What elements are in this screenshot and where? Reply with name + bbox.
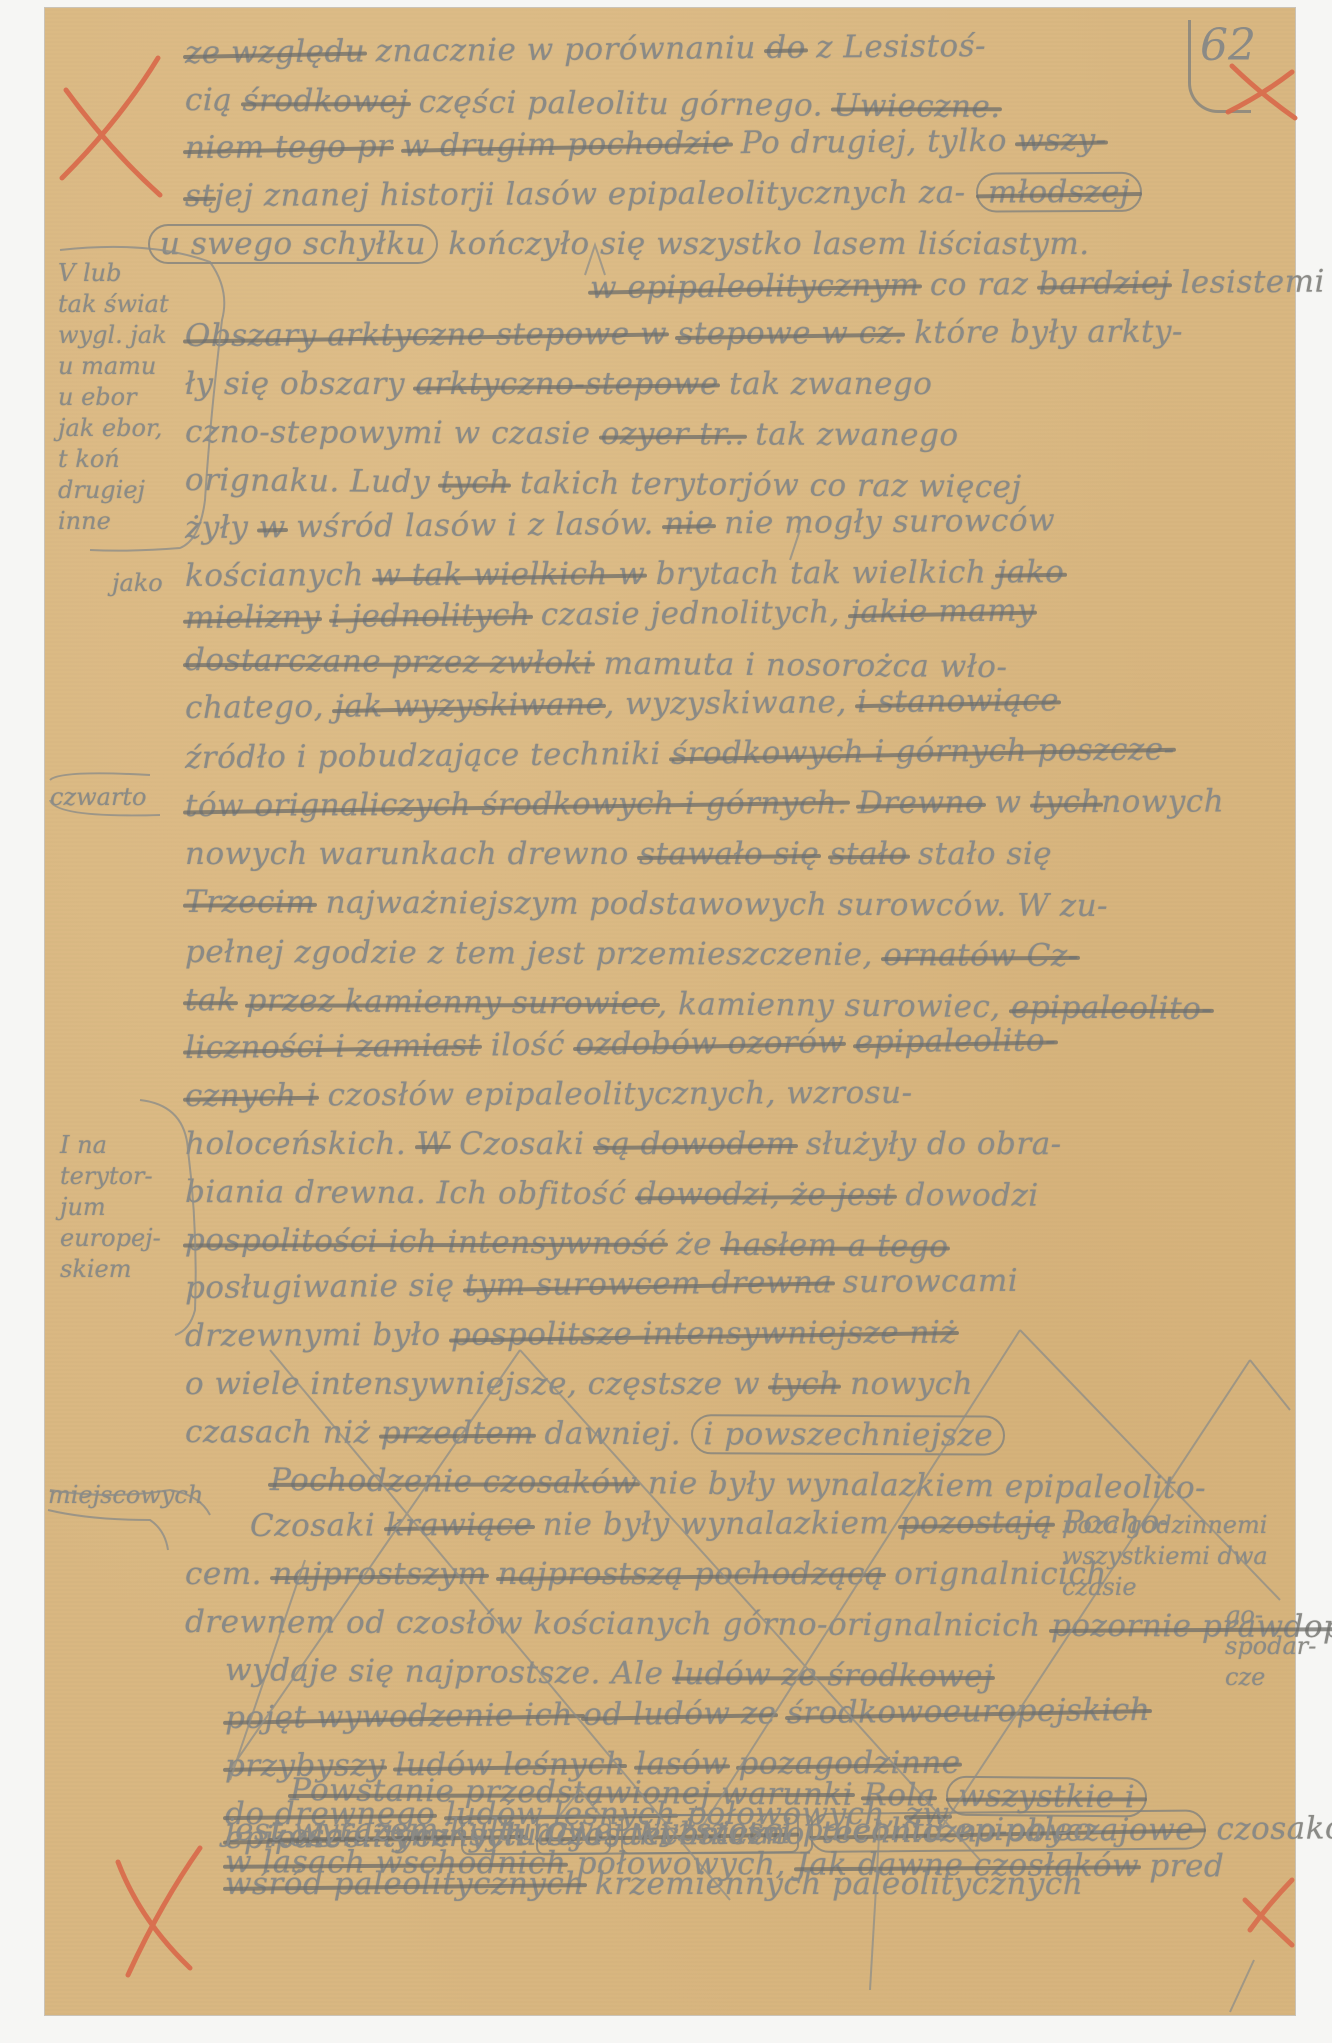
text-segment: lesistemi stawa- <box>1170 263 1332 301</box>
margin-note: I na terytor- jum europej- skiem <box>60 1130 161 1285</box>
text-segment: wydaje się najprostsze. Ale <box>225 1652 674 1692</box>
margin-note: V lub tak świat wygl. jak u mamu u ebor … <box>58 258 169 537</box>
deleted-text: epipaleolito- <box>1011 989 1213 1027</box>
deleted-text: najprostszą pochodzącą <box>498 1556 884 1592</box>
text-segment: o wiele intensywniejsze, częstsze w <box>185 1366 770 1402</box>
deleted-text: młodszej <box>976 172 1142 213</box>
text-segment: czno-stepowymi w czasie <box>185 414 601 452</box>
circled-text: u swego schyłku <box>148 224 438 264</box>
text-segment: stało się <box>908 836 1052 872</box>
manuscript-line: ze względu znacznie w porównaniu do z Le… <box>185 28 986 71</box>
deleted-text: bardziej <box>1039 265 1171 302</box>
text-segment: brytach tak wielkich <box>645 554 996 592</box>
deleted-text: ozdobów ozorów <box>575 1024 844 1062</box>
deleted-text: stało <box>830 836 908 872</box>
text-segment: holoceńskich. <box>185 1126 417 1162</box>
manuscript-line: ły się obszary arktyczno-stepowe tak zwa… <box>185 366 932 402</box>
deleted-text: tych <box>440 464 510 501</box>
deleted-text: stepowe w cz. <box>677 315 904 352</box>
deleted-text: jakie mamy <box>850 593 1035 631</box>
deleted-text: pojęt wywodzenie ich <box>225 1697 584 1736</box>
text-segment: nie mogły surowców <box>714 502 1056 541</box>
deleted-text: do <box>766 30 806 66</box>
deleted-text: Uwieczne. <box>833 88 1001 125</box>
manuscript-line: dostarczane przez zwłoki mamuta i nosoro… <box>185 642 1008 685</box>
deleted-text: pospolitsze intensywniejsze niż <box>451 1315 957 1353</box>
deleted-text: Rola <box>863 1777 936 1814</box>
text-segment: takich terytorjów co raz więcej <box>510 465 1022 505</box>
deleted-text: przedtem <box>381 1415 535 1452</box>
manuscript-line: kościanych w tak wielkich w brytach tak … <box>185 554 1064 594</box>
text-segment <box>320 599 331 635</box>
deleted-text: pozostają <box>900 1504 1053 1541</box>
deleted-text: wszy- <box>1017 122 1107 159</box>
manuscript-line: Czosaki krawiące nie były wynalazkiem po… <box>250 1504 1171 1544</box>
text-segment: kościanych <box>185 557 374 594</box>
deleted-text: hasłem a tego <box>722 1227 948 1265</box>
margin-note: poza godzinnemi wszystkiemi dwa czasie <box>1062 1510 1268 1603</box>
text-segment: jej znanej historji lasów epipaleolitycz… <box>214 175 976 214</box>
margin-note: miejscowych <box>48 1480 203 1511</box>
text-segment: nie były wynalazkiem epipaleolito- <box>648 1465 1206 1506</box>
text-segment: Czosaki <box>449 1126 595 1162</box>
deleted-text: tym surowcem drewna <box>465 1264 833 1303</box>
text-segment: czosłów epipaleolitycznych, wzrosu- <box>317 1075 912 1114</box>
text-segment: w <box>984 784 1032 820</box>
text-segment: ły się obszary <box>185 366 415 402</box>
text-segment: kończyło się wszystko lasem liściastym. <box>438 226 1090 262</box>
text-segment: które były arkty- <box>904 314 1183 351</box>
deleted-text: tak <box>185 982 237 1018</box>
text-segment: czosaków <box>1206 1810 1332 1847</box>
deleted-text: tów orignaliczych środkowych i górnych. <box>185 785 848 824</box>
text-segment <box>819 836 829 872</box>
deleted-text: Drewno <box>858 785 984 822</box>
text-segment: nowych warunkach drewno <box>185 836 639 872</box>
deleted-text: środkowoeuropejskich <box>787 1692 1151 1731</box>
manuscript-line: drewnem od czosłów kościanych górno-orig… <box>185 1604 1332 1646</box>
manuscript-line: żyły w wśród lasów i z lasów. nie nie mo… <box>185 502 1055 546</box>
text-segment: dowodzi <box>895 1177 1039 1214</box>
margin-note: jako <box>112 568 163 599</box>
text-segment: służyły do obra- <box>795 1126 1061 1162</box>
text-segment: Czosaki <box>250 1507 386 1544</box>
manuscript-line: Trzecim najważniejszym podstawowych suro… <box>185 884 1108 924</box>
text-segment: tak zwanego <box>745 416 959 453</box>
text-segment: najważniejszym podstawowych surowców. W … <box>315 885 1108 924</box>
manuscript-line: Obszary arktyczne stepowe w stepowe w cz… <box>185 314 1183 354</box>
deleted-text: liczności i zamiast <box>185 1027 481 1066</box>
deleted-text: tych <box>770 1366 839 1402</box>
deleted-text: wśród paleolitycznych <box>225 1866 585 1902</box>
deleted-text: st <box>185 178 215 214</box>
text-segment <box>1041 1608 1052 1644</box>
deleted-text: niem tego pr <box>185 128 393 166</box>
deleted-text: W <box>417 1126 449 1162</box>
deleted-text: jako <box>997 554 1065 590</box>
manuscript-line: o wiele intensywniejsze, częstsze w tych… <box>185 1366 973 1402</box>
deleted-text: pospolitości ich intensywność <box>185 1222 666 1262</box>
deleted-text: są dowodem <box>595 1126 796 1162</box>
text-segment: cem. <box>185 1556 272 1592</box>
manuscript-line: drzewnymi było pospolitsze intensywniejs… <box>185 1315 957 1354</box>
text-segment: czasach niż <box>185 1414 381 1451</box>
manuscript-line: stjej znanej historji lasów epipaleolity… <box>185 174 1142 214</box>
deleted-text: stawało się <box>639 836 819 872</box>
text-segment: tak zwanego <box>719 366 933 402</box>
deleted-text: przez kamienny surowiec <box>246 983 657 1023</box>
text-segment: pred <box>1139 1848 1224 1884</box>
text-segment: posługiwanie się <box>185 1268 465 1306</box>
text-segment: krzemiennych paleolitycznych <box>585 1866 1083 1902</box>
text-segment: z Lesistoś- <box>806 28 987 66</box>
deleted-text: i jednolitych <box>330 597 530 635</box>
deleted-text: epipaleolito- <box>855 1022 1057 1060</box>
text-segment: że <box>666 1226 723 1262</box>
deleted-text: w epipaleolitycznym <box>590 267 920 306</box>
text-segment: drewnem od czosłów kościanych górno-orig… <box>185 1604 1041 1644</box>
deleted-text: od ludów ze <box>583 1695 777 1733</box>
text-segment: jest wyrazem kulturowej wyższości paleol… <box>225 1812 1103 1848</box>
manuscript-line: chatego, jak wyzyskiwane, wyzyskiwane, i… <box>185 682 1059 726</box>
deleted-text: Trzecim <box>185 884 316 921</box>
text-segment: mamuta i nosorożca wło- <box>593 646 1007 686</box>
text-segment: wśród lasów i z lasów. <box>286 506 665 545</box>
deleted-text: dowodzi, że jest <box>637 1176 896 1213</box>
text-segment <box>844 1024 855 1060</box>
manuscript-line: posługiwanie się tym surowcem drewna sur… <box>185 1263 1019 1306</box>
manuscript-line: liczności i zamiast ilość ozdobów ozorów… <box>185 1022 1056 1066</box>
deleted-text: ornatów Cz- <box>883 937 1079 974</box>
text-segment: ilość <box>480 1027 575 1064</box>
deleted-text: mielizny <box>185 599 321 636</box>
text-segment: , kamienny surowiec, <box>657 986 1011 1025</box>
text-segment: nowych <box>1101 783 1224 820</box>
deleted-text: nie <box>664 505 714 541</box>
text-segment: surowcami <box>832 1263 1018 1301</box>
text-segment <box>936 1778 947 1814</box>
deleted-text: Powstanie przedstawionej warunki <box>290 1772 853 1813</box>
deleted-text: arktyczno-stepowe <box>415 366 718 402</box>
deleted-text: ludów ze środkowej <box>674 1656 994 1695</box>
text-segment: orignaku. Ludy <box>185 462 441 500</box>
deleted-text: Pochodzenie czosaków <box>270 1462 638 1501</box>
deleted-text: w drugim pochodzie <box>403 125 731 164</box>
manuscript-line: jest wyrazem kulturowej wyższości paleol… <box>225 1812 1103 1848</box>
text-segment <box>776 1695 787 1731</box>
manuscript-line: biania drewna. Ich obfitość dowodzi, że … <box>185 1174 1039 1214</box>
manuscript-line: pełnej zgodzie z tem jest przemieszczeni… <box>185 934 1079 974</box>
text-segment: znacznie w porównaniu <box>365 30 766 69</box>
text-segment: chatego, <box>185 689 335 726</box>
deleted-text: Obszary arktyczne stepowe w <box>185 316 667 354</box>
page-number: 62 <box>1200 20 1256 71</box>
text-segment: , wyzyskiwane, <box>604 684 857 722</box>
manuscript-line: orignaku. Ludy tych takich terytorjów co… <box>185 462 1022 505</box>
deleted-text: środkowych i górnych poszcze- <box>671 731 1175 771</box>
manuscript-line: wydaje się najprostsze. Ale ludów ze śro… <box>225 1652 994 1695</box>
text-segment: cią <box>185 82 243 119</box>
text-segment: czasie <box>541 596 641 633</box>
circled-text: i powszechniejsze <box>691 1414 1005 1455</box>
text-segment: pełnej zgodzie z tem jest przemieszczeni… <box>185 934 883 973</box>
manuscript-line: w epipaleolitycznym co raz bardziej lesi… <box>590 263 1332 306</box>
deleted-text: w <box>259 509 286 545</box>
deleted-text: i stanowiące <box>857 682 1059 720</box>
deleted-text: tych <box>1032 784 1101 820</box>
deleted-text: środkowej <box>242 83 408 120</box>
text-segment: nie były wynalazkiem <box>532 1505 899 1543</box>
manuscript-line: czno-stepowymi w czasie ozyer tr.. tak z… <box>185 414 959 453</box>
deleted-text: w tak wielkich w <box>374 556 645 593</box>
text-segment: jednolitych, <box>640 594 850 632</box>
text-segment: nowych <box>840 1366 973 1402</box>
text-segment: Po drugiej, tylko <box>730 123 1017 162</box>
text-segment <box>236 982 247 1018</box>
deleted-text: cznych i <box>185 1077 317 1114</box>
deleted-text: jak wyzyskiwane <box>334 686 604 724</box>
manuscript-line: u swego schyłku kończyło się wszystko la… <box>148 226 1090 262</box>
manuscript-line: czasach niż przedtem dawniej. i powszech… <box>185 1414 1005 1454</box>
manuscript-line: wśród paleolitycznych krzemiennych paleo… <box>225 1866 1083 1902</box>
manuscript-line: cznych i czosłów epipaleolitycznych, wzr… <box>185 1075 913 1114</box>
manuscript-line: cem. najprostszym najprostszą pochodzącą… <box>185 1556 1107 1592</box>
deleted-text: dostarczane przez zwłoki <box>185 642 594 682</box>
manuscript-line: holoceńskich. W Czosaki są dowodem służy… <box>185 1126 1062 1162</box>
text-segment: drzewnymi było <box>185 1317 451 1354</box>
deleted-text: ze względu <box>185 33 366 71</box>
text-segment: części paleolitu górnego. <box>408 84 833 124</box>
text-segment: biania drewna. Ich obfitość <box>185 1174 637 1212</box>
manuscript-line: mielizny i jednolitych czasie jednolityc… <box>185 593 1035 636</box>
manuscript-line: pospolitości ich intensywność że hasłem … <box>185 1222 949 1265</box>
manuscript-line: nowych warunkach drewno stawało się stał… <box>185 836 1052 872</box>
text-segment: źródło i pobudzające techniki <box>185 736 671 776</box>
text-segment: co raz <box>919 266 1039 303</box>
manuscript-line: cią środkowej części paleolitu górnego. … <box>185 82 1001 125</box>
text-segment: żyły <box>185 509 259 546</box>
margin-note: go- spodar- cze <box>1225 1600 1316 1693</box>
margin-note: czwarto <box>50 782 147 813</box>
manuscript-line: Powstanie przedstawionej warunki Rola ws… <box>290 1772 1148 1815</box>
text-segment: dawniej. <box>534 1416 691 1453</box>
manuscript-line: tów orignaliczych środkowych i górnych. … <box>185 783 1224 824</box>
deleted-text: najprostszym <box>272 1556 487 1592</box>
deleted-text: ozyer tr.. <box>601 416 745 453</box>
deleted-text: krawiące <box>386 1507 533 1544</box>
